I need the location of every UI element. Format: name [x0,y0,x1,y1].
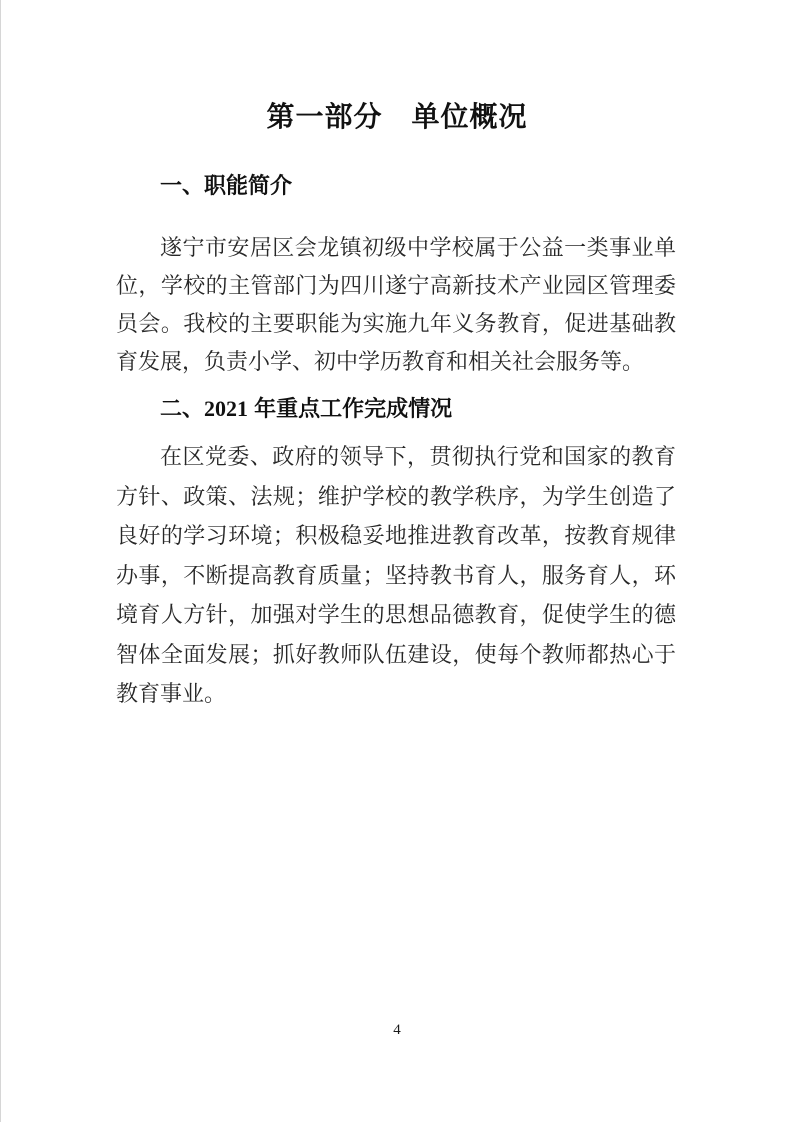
document-page: 第一部分 单位概况 一、职能简介 遂宁市安居区会龙镇初级中学校属于公益一类事业单… [0,0,793,1122]
section-2-heading-prefix: 二、 [160,396,204,421]
section-1-paragraph: 遂宁市安居区会龙镇初级中学校属于公益一类事业单位，学校的主管部门为四川遂宁高新技… [116,229,676,381]
section-2-heading-year: 2021 [204,396,248,421]
section-2-paragraph: 在区党委、政府的领导下，贯彻执行党和国家的教育方针、政策、法规；维护学校的教学秩… [116,437,676,714]
page-number: 4 [1,1020,793,1040]
document-title: 第一部分 单位概况 [1,96,793,138]
section-1-heading: 一、职能简介 [116,170,676,202]
section-2-heading-suffix: 年重点工作完成情况 [248,396,452,421]
section-2-heading: 二、2021 年重点工作完成情况 [116,393,676,425]
